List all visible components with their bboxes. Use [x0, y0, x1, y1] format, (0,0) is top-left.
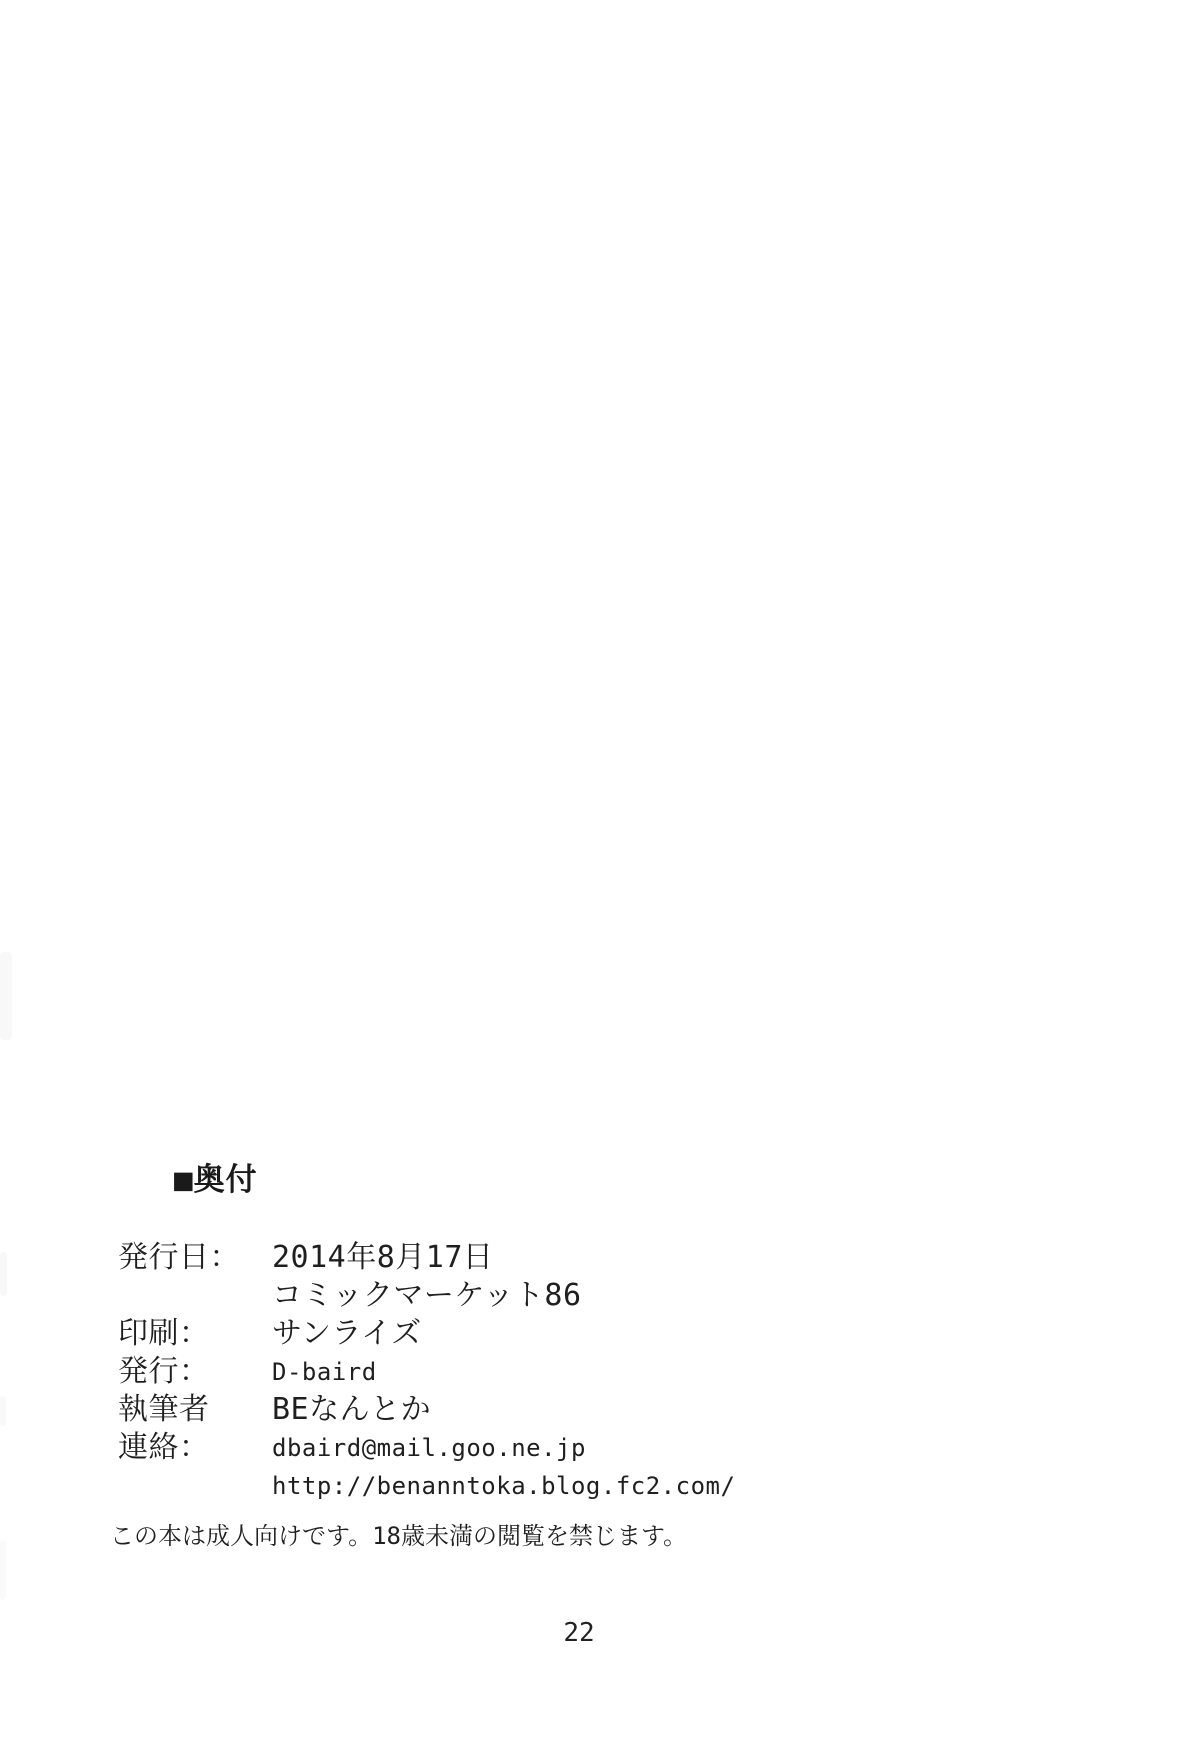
contact-url: http://benanntoka.blog.fc2.com/: [272, 1467, 735, 1505]
event-name: コミックマーケット86: [272, 1277, 582, 1315]
section-title-okuzuke: ■奥付: [174, 1160, 258, 1200]
colophon-label: 執筆者: [118, 1391, 272, 1429]
colophon-row-publisher: 発行： D-baird: [118, 1353, 735, 1391]
colophon-row-contact: 連絡： dbaird@mail.goo.ne.jp http://benannt…: [118, 1429, 735, 1505]
colophon-label: 発行：: [118, 1353, 272, 1391]
author-name: BEなんとか: [272, 1391, 431, 1429]
age-restriction-disclaimer: この本は成人向けです。18歳未満の閲覧を禁じます。: [110, 1519, 687, 1553]
colophon-values: 2014年8月17日 コミックマーケット86: [272, 1239, 582, 1315]
colophon-values: dbaird@mail.goo.ne.jp http://benanntoka.…: [272, 1429, 735, 1505]
scan-artifact: [0, 1252, 7, 1296]
scan-artifact: [0, 1396, 6, 1426]
scan-artifact: [0, 952, 12, 1040]
contact-email: dbaird@mail.goo.ne.jp: [272, 1429, 735, 1467]
publisher-name: D-baird: [272, 1353, 377, 1391]
colophon-row-printer: 印刷： サンライズ: [118, 1315, 735, 1353]
printer-name: サンライズ: [272, 1315, 422, 1353]
publication-date: 2014年8月17日: [272, 1239, 582, 1277]
colophon-values: D-baird: [272, 1353, 377, 1391]
page-number: 22: [0, 1618, 1158, 1648]
colophon-values: サンライズ: [272, 1315, 422, 1353]
colophon-row-author: 執筆者 BEなんとか: [118, 1391, 735, 1429]
colophon-info-block: 発行日： 2014年8月17日 コミックマーケット86 印刷： サンライズ 発行…: [118, 1239, 735, 1505]
colophon-label: 連絡：: [118, 1429, 272, 1467]
colophon-row-publication-date: 発行日： 2014年8月17日 コミックマーケット86: [118, 1239, 735, 1315]
scan-artifact: [0, 1540, 6, 1600]
colophon-label: 印刷：: [118, 1315, 272, 1353]
colophon-label: 発行日：: [118, 1239, 272, 1277]
colophon-values: BEなんとか: [272, 1391, 431, 1429]
colophon-page: ■奥付 発行日： 2014年8月17日 コミックマーケット86 印刷： サンライ…: [0, 0, 1200, 1738]
